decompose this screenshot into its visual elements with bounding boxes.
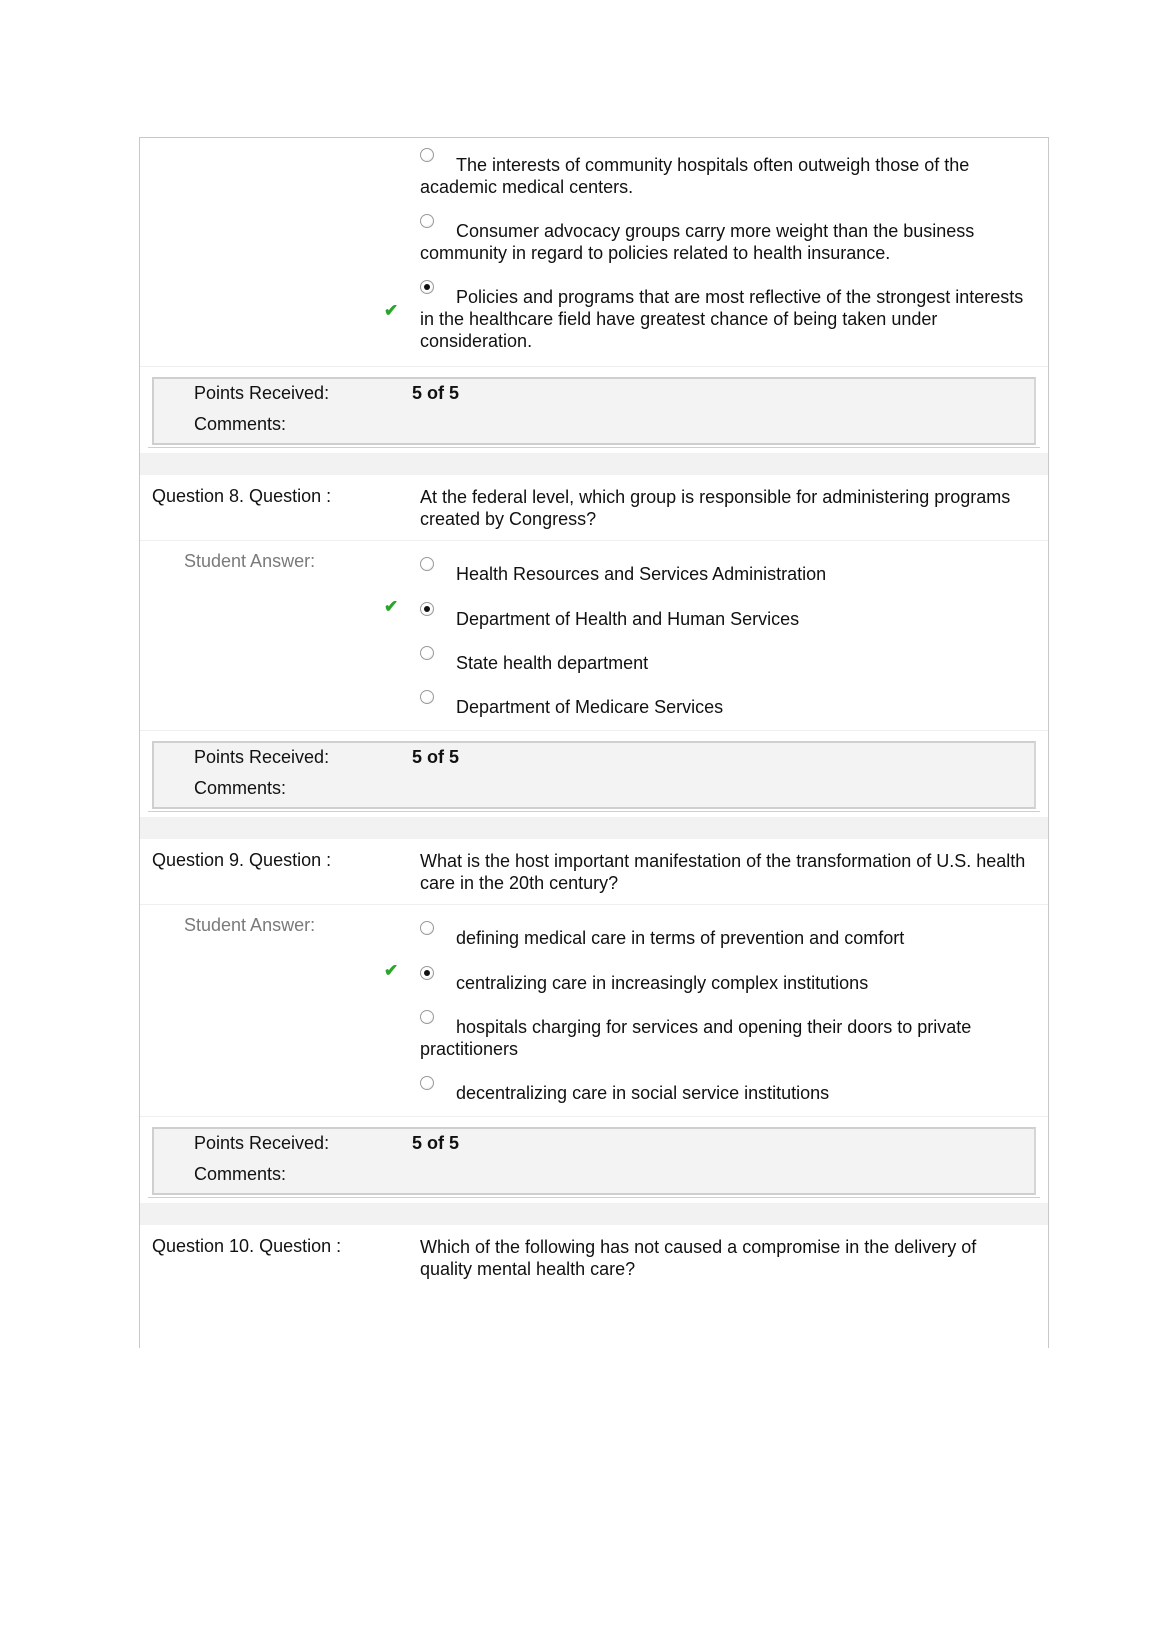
q9-option-2[interactable]: centralizing care in increasingly comple… [420,972,1028,994]
q8-option-2[interactable]: Department of Health and Human Services [420,608,1028,630]
points-value: 5 of 5 [412,383,459,404]
radio-button-selected[interactable] [420,966,434,980]
radio-button[interactable] [420,1010,434,1024]
checkmark-icon: ✔ [384,597,398,617]
radio-button[interactable] [420,690,434,704]
q7-option-3[interactable]: Policies and programs that are most refl… [420,286,1028,352]
q9-option-3[interactable]: hospitals charging for services and open… [420,1016,1028,1060]
quiz-results: The interests of community hospitals oft… [139,137,1049,1348]
question-label: Question 10. Question : [152,1236,341,1257]
q8-option-1[interactable]: Health Resources and Services Administra… [420,563,1028,585]
radio-button[interactable] [420,557,434,571]
question-text: What is the host important manifestation… [420,850,1028,894]
q8-option-3[interactable]: State health department [420,652,1028,674]
question-text: Which of the following has not caused a … [420,1236,1028,1280]
points-value: 5 of 5 [412,1133,459,1154]
points-box: Points Received: 5 of 5 Comments: [152,377,1036,445]
question-label: Question 9. Question : [152,850,331,871]
q7-option-1[interactable]: The interests of community hospitals oft… [420,154,1028,198]
points-box: Points Received: 5 of 5 Comments: [152,1127,1036,1195]
radio-button[interactable] [420,1076,434,1090]
checkmark-icon: ✔ [384,961,398,981]
question-text: At the federal level, which group is res… [420,486,1028,530]
radio-button-selected[interactable] [420,280,434,294]
points-box: Points Received: 5 of 5 Comments: [152,741,1036,809]
student-answer-label: Student Answer: [184,551,315,572]
q9-option-1[interactable]: defining medical care in terms of preven… [420,927,1028,949]
radio-button[interactable] [420,214,434,228]
checkmark-icon: ✔ [384,301,398,321]
question-label: Question 8. Question : [152,486,331,507]
radio-button-selected[interactable] [420,602,434,616]
radio-button[interactable] [420,921,434,935]
q7-option-2[interactable]: Consumer advocacy groups carry more weig… [420,220,1028,264]
radio-button[interactable] [420,148,434,162]
points-value: 5 of 5 [412,747,459,768]
q9-option-4[interactable]: decentralizing care in social service in… [420,1082,1028,1104]
radio-button[interactable] [420,646,434,660]
q8-option-4[interactable]: Department of Medicare Services [420,696,1028,718]
student-answer-label: Student Answer: [184,915,315,936]
